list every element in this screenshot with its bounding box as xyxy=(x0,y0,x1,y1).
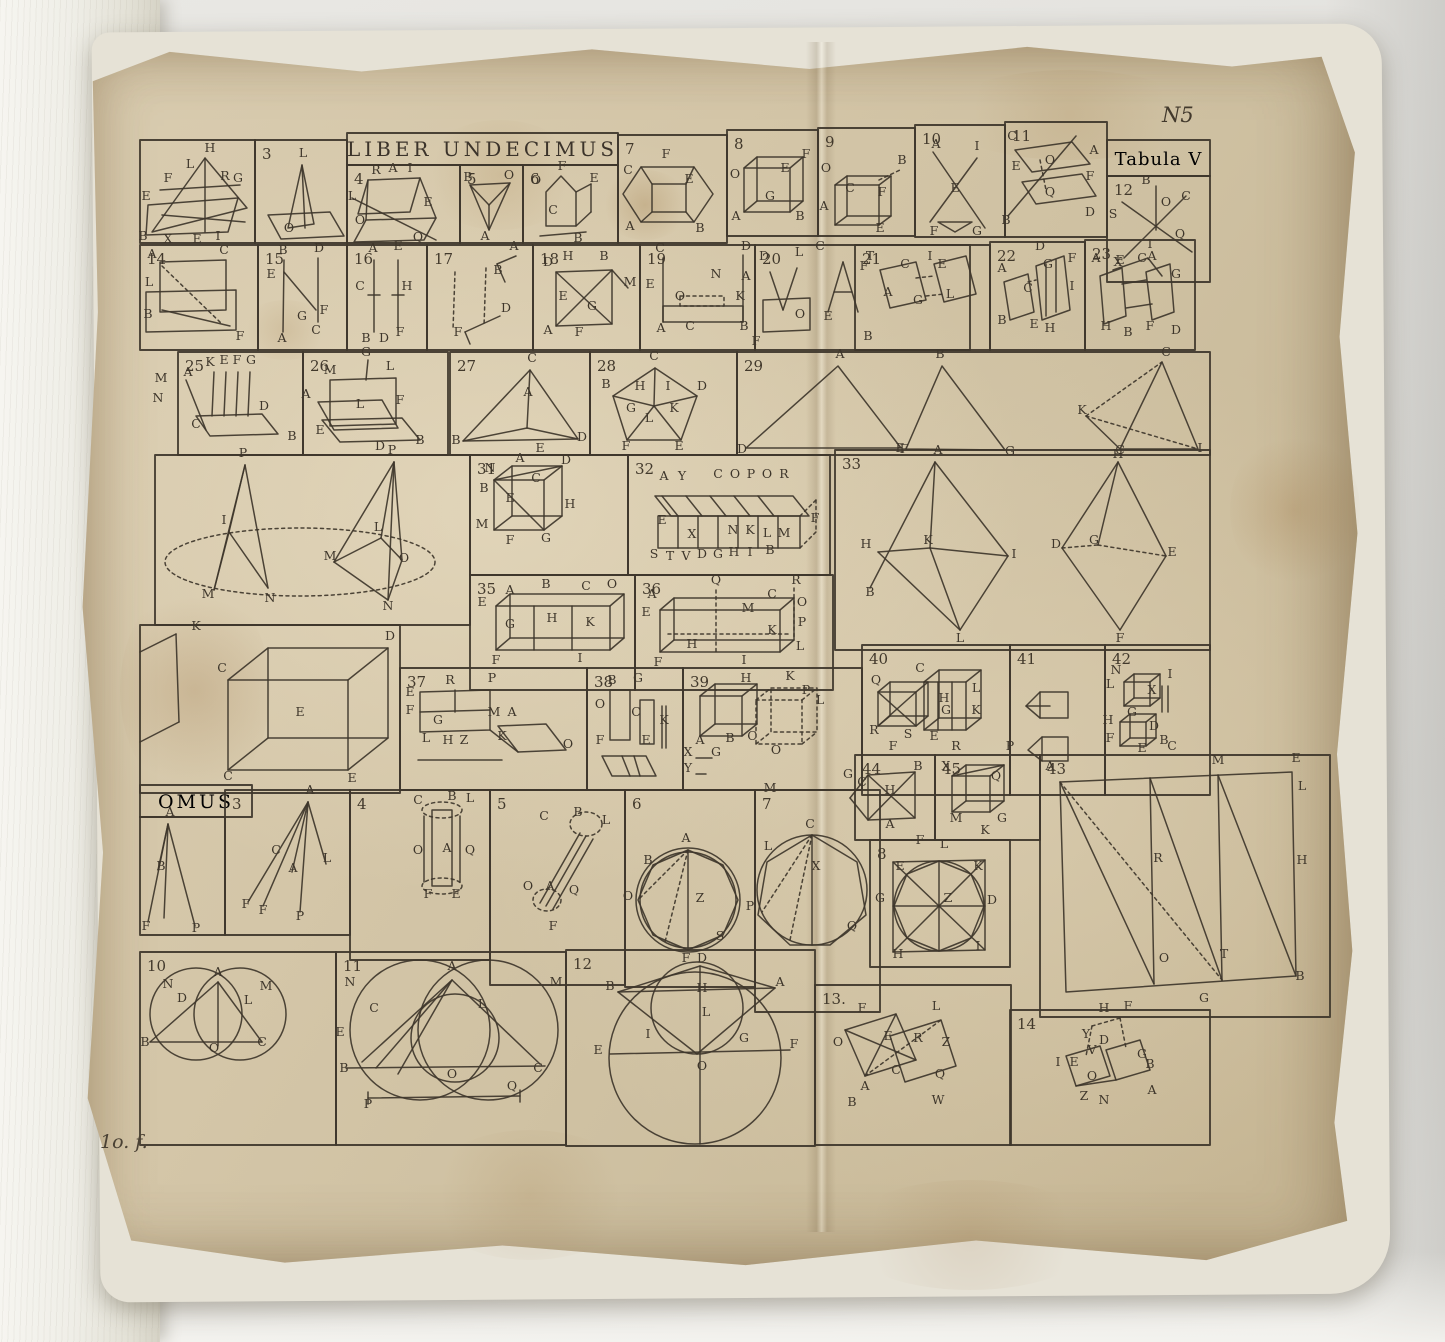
figure-label: A xyxy=(146,246,157,261)
panel-number: 5 xyxy=(497,795,507,813)
figure-label: Y xyxy=(677,468,687,483)
figure-stroke xyxy=(224,372,226,416)
figure-label: K xyxy=(497,728,507,743)
figure-label: E xyxy=(505,490,514,505)
figure-label: D xyxy=(375,438,385,453)
figure-label: E xyxy=(141,188,150,203)
figure-label: G xyxy=(913,292,923,307)
figure-stroke xyxy=(930,548,960,630)
figure-label: F xyxy=(622,438,631,453)
figure-label: O xyxy=(1087,1068,1097,1083)
figure-stroke xyxy=(160,185,240,190)
panel-number: 13. xyxy=(822,990,846,1008)
figure-label: G xyxy=(1171,266,1181,281)
figure-label: D xyxy=(1035,238,1045,253)
figure-label: G xyxy=(541,530,551,545)
figure-label: A xyxy=(1044,758,1055,773)
figure-stroke xyxy=(1060,782,1154,984)
figure-label: L xyxy=(186,156,194,171)
figure-stroke xyxy=(916,276,934,278)
figure-label: M xyxy=(624,274,637,289)
figure-label: E xyxy=(593,1042,602,1057)
figure-label: B xyxy=(573,230,582,245)
figure-label: E xyxy=(1115,252,1124,267)
figure-label: F xyxy=(752,333,761,348)
figure-label: B xyxy=(795,208,804,223)
figure-stroke xyxy=(680,296,724,306)
figure-label: N xyxy=(711,266,722,281)
figure-label: M xyxy=(155,370,168,385)
figure-label: Q xyxy=(1045,184,1055,199)
figure-label: L xyxy=(702,1004,710,1019)
figure-label: I xyxy=(748,544,753,559)
figure-label: F xyxy=(558,158,567,173)
figure-label: Q xyxy=(507,1078,517,1093)
figure-label: N xyxy=(728,522,739,537)
panel-border xyxy=(815,985,1011,1145)
figure-label: D xyxy=(385,628,395,643)
figure-stroke xyxy=(770,272,783,310)
figure-label: Z xyxy=(942,1034,951,1049)
figure-label: G xyxy=(587,298,597,313)
figure-label: E xyxy=(950,180,959,195)
figure-label: S xyxy=(716,928,725,943)
figure-label: K xyxy=(923,532,933,547)
figure-label: E xyxy=(347,770,356,785)
figure-stroke xyxy=(334,562,388,600)
figure-label: C xyxy=(815,238,825,253)
figure-stroke xyxy=(229,465,245,532)
figure-label: D xyxy=(987,892,997,907)
panel-number: 7 xyxy=(625,140,635,158)
figure-stroke xyxy=(1026,692,1068,718)
figure-stroke xyxy=(162,266,222,324)
figure-label: X xyxy=(1148,682,1157,697)
figure-label: B xyxy=(156,858,165,873)
figure-label: E xyxy=(335,1024,344,1039)
figure-label: O xyxy=(771,742,781,757)
figure-label: E xyxy=(875,220,884,235)
figure-box-front xyxy=(756,700,802,744)
figure-box-edge xyxy=(756,732,771,744)
panel-number: 8 xyxy=(734,135,744,153)
figure-label: L xyxy=(422,730,430,745)
figure-stroke xyxy=(610,690,630,740)
figure-label: K xyxy=(735,288,745,303)
figure-label: S xyxy=(904,726,913,741)
figure-label: N xyxy=(163,976,174,991)
figure-label: D xyxy=(697,950,707,965)
figure-stroke xyxy=(546,176,576,226)
panel-number: 10 xyxy=(147,957,166,975)
figure-label: L xyxy=(972,680,980,695)
figure-label: N xyxy=(153,390,164,405)
figure-stroke xyxy=(1036,256,1070,320)
figure-label: H xyxy=(443,732,454,747)
figure-label: X xyxy=(812,858,821,873)
figure-label: C xyxy=(1115,442,1125,457)
figure-label: C xyxy=(223,768,233,783)
figure-label: E xyxy=(423,194,432,209)
figure-label: E xyxy=(315,422,324,437)
figure-label: H xyxy=(1045,320,1056,335)
figure-label: C xyxy=(1137,250,1147,265)
figure-label: C xyxy=(747,728,757,743)
figure-label: K xyxy=(785,668,795,683)
figure-label: H xyxy=(1099,1000,1110,1015)
figure-label: A xyxy=(367,240,378,255)
panel-number: 6 xyxy=(632,795,642,813)
panel-number: 39 xyxy=(690,673,709,691)
figure-label: B xyxy=(765,542,774,557)
figure-label: L xyxy=(323,850,331,865)
figure-label: E xyxy=(295,704,304,719)
figure-label: A xyxy=(504,582,515,597)
figure-label: A xyxy=(441,840,452,855)
figure-label: I xyxy=(216,228,221,243)
figure-label: M xyxy=(778,525,791,540)
figure-label: L xyxy=(956,630,964,645)
figure-label: L xyxy=(145,274,153,289)
figure-box-edge xyxy=(496,638,510,650)
figure-label: P xyxy=(746,898,754,913)
figure-label: G xyxy=(361,344,371,359)
figure-label: F xyxy=(142,918,151,933)
panel-border xyxy=(635,575,833,690)
figure-label: N xyxy=(383,598,394,613)
figure-label: D xyxy=(561,452,571,467)
figure-stroke xyxy=(663,306,743,322)
figure-label: F xyxy=(320,302,329,317)
figure-label: B xyxy=(415,432,424,447)
figure-stroke xyxy=(758,496,774,516)
figure-label: A xyxy=(680,830,691,845)
figure-stroke xyxy=(218,982,262,1042)
figure-stroke xyxy=(1098,462,1118,545)
figure-stroke xyxy=(162,310,230,326)
figure-label: F xyxy=(1068,250,1077,265)
figure-label: H xyxy=(741,670,752,685)
figure-box-edge xyxy=(610,638,624,650)
figure-label: O xyxy=(762,466,772,481)
figure-label: X xyxy=(688,526,697,541)
figure-label: B xyxy=(847,1094,856,1109)
figure-label: H xyxy=(1297,852,1308,867)
figure-label: C xyxy=(217,660,227,675)
figure-stroke xyxy=(160,260,226,312)
figure-stroke xyxy=(935,462,1008,556)
figure-stroke xyxy=(1100,268,1126,324)
figure-label: M xyxy=(324,362,337,377)
figure-label: O xyxy=(833,1034,843,1049)
figure-label: E xyxy=(589,170,598,185)
figure-label: D xyxy=(1171,322,1181,337)
figure-label: E xyxy=(937,256,946,271)
figure-label: M xyxy=(742,600,755,615)
figure-stroke xyxy=(879,170,900,180)
figure-label: H xyxy=(547,610,558,625)
figure-label: F xyxy=(1116,630,1125,645)
figure-label: F xyxy=(242,896,251,911)
figure-label: E xyxy=(1029,316,1038,331)
figure-label: A xyxy=(834,346,845,361)
figure-stroke xyxy=(465,316,500,332)
figure-label: C xyxy=(685,318,695,333)
figure-label: O xyxy=(523,878,533,893)
figure-label: Q xyxy=(413,229,423,244)
figure-label: B xyxy=(541,576,550,591)
figure-label: E xyxy=(823,308,832,323)
figure-label: L xyxy=(796,638,804,653)
figure-label: B xyxy=(1141,172,1150,187)
figure-stroke xyxy=(465,332,470,344)
figure-label: Q xyxy=(991,768,1001,783)
figure-label: L xyxy=(348,188,356,203)
figure-label: A xyxy=(212,964,223,979)
figure-box-edge xyxy=(348,648,388,680)
photo-of-antique-book: HLFRGEBXEI3LOLIBER UNDECIMUS4RAILOEQ5BOA… xyxy=(0,0,1445,1342)
figure-label: I xyxy=(408,160,413,175)
figure-stroke xyxy=(140,722,179,742)
figure-box-front xyxy=(660,610,780,652)
figure-label: B xyxy=(140,1034,149,1049)
figure-label: H xyxy=(729,544,740,559)
figure-label: N xyxy=(1099,1092,1110,1107)
panel-border xyxy=(140,140,255,243)
figure-label: C xyxy=(915,660,925,675)
figure-label: D xyxy=(697,546,707,561)
figure-label: P xyxy=(488,670,496,685)
figure-label: D xyxy=(379,330,389,345)
figure-label: E xyxy=(1069,1054,1078,1069)
figure-label: A xyxy=(164,804,175,819)
figure-label: Q xyxy=(569,882,579,897)
figure-label: K xyxy=(659,712,669,727)
figure-stroke xyxy=(489,183,510,205)
figure-label: O xyxy=(531,172,541,187)
panel-number: 12 xyxy=(573,955,592,973)
figure-label: A xyxy=(446,958,457,973)
figure-label: L xyxy=(478,996,486,1011)
figure-label: F xyxy=(1086,168,1095,183)
figure-label: G xyxy=(626,400,636,415)
figure-label: E xyxy=(266,266,275,281)
figure-label: F xyxy=(790,1036,799,1051)
figure-label: L xyxy=(932,998,940,1013)
figure-label: F xyxy=(259,902,268,917)
figure-label: F xyxy=(878,184,887,199)
figure-stroke xyxy=(828,262,843,312)
figure-stroke xyxy=(654,368,655,406)
figure-label: E xyxy=(641,604,650,619)
figure-label: W xyxy=(932,1092,945,1107)
figure-label: C xyxy=(257,1034,267,1049)
figure-label: A xyxy=(730,208,741,223)
figure-label: M xyxy=(488,704,501,719)
figure-label: L xyxy=(645,410,653,425)
figure-label: C xyxy=(655,240,665,255)
figure-stroke xyxy=(623,167,713,222)
figure-stroke xyxy=(1218,775,1296,976)
figure-label: L xyxy=(244,992,252,1007)
figure-label: E xyxy=(535,440,544,455)
figure-box-edge xyxy=(916,682,928,692)
figure-stroke xyxy=(878,552,960,630)
figure-label: M xyxy=(764,780,777,795)
figure-label: B xyxy=(739,318,748,333)
figure-label: B xyxy=(451,432,460,447)
figure-box-edge xyxy=(924,670,939,682)
panel-border xyxy=(835,450,1210,650)
figure-label: D xyxy=(501,300,511,315)
figure-box-edge xyxy=(835,216,847,225)
figure-stroke xyxy=(366,360,368,380)
figure-label: H xyxy=(687,636,698,651)
figure-box-edge xyxy=(802,732,817,744)
figure-label: I xyxy=(1168,666,1173,681)
figure-box-front xyxy=(835,185,879,225)
figure-box-edge xyxy=(780,598,794,610)
figure-label: E xyxy=(219,352,228,367)
figure-label: G xyxy=(713,546,723,561)
figure-stroke xyxy=(470,185,489,205)
figure-label: F xyxy=(236,328,245,343)
figure-label: H xyxy=(885,782,896,797)
figure-label: G xyxy=(433,712,443,727)
figure-stroke xyxy=(665,850,688,942)
figure-label: G xyxy=(246,352,256,367)
figure-stroke xyxy=(652,184,686,212)
figure-label: L xyxy=(795,244,803,259)
figure-label: E xyxy=(192,231,201,246)
figure-stroke xyxy=(212,372,214,416)
figure-label: A xyxy=(287,860,298,875)
figure-label: F xyxy=(916,832,925,847)
figure-label: K xyxy=(971,702,981,717)
figure-label: H xyxy=(697,980,708,995)
figure-label: A xyxy=(859,1078,870,1093)
figure-stroke xyxy=(576,212,591,226)
figure-label: P xyxy=(802,682,810,697)
figure-label: F xyxy=(596,732,605,747)
figure-label: P xyxy=(798,614,806,629)
figure-label: A xyxy=(774,974,785,989)
figure-label: K xyxy=(205,354,215,369)
figure-label: G xyxy=(711,744,721,759)
figure-label: C xyxy=(623,162,633,177)
figure-label: F xyxy=(549,918,558,933)
figure-stroke xyxy=(494,480,544,530)
figure-label: G xyxy=(875,890,885,905)
figure-label: L xyxy=(602,812,610,827)
figure-label: F xyxy=(900,441,909,456)
figure-label: O xyxy=(730,166,740,181)
figure-label: I xyxy=(928,248,933,263)
figure-label: G xyxy=(739,1030,749,1045)
figure-label: C xyxy=(891,1062,901,1077)
figure-label: B xyxy=(573,804,582,819)
figure-label: G xyxy=(997,810,1007,825)
figure-label: C xyxy=(857,774,867,789)
figure-label: C xyxy=(1181,188,1191,203)
figure-label: V xyxy=(1086,1042,1097,1057)
panel-number: 32 xyxy=(635,460,654,478)
figure-label: G xyxy=(843,766,853,781)
figure-label: C xyxy=(1023,280,1033,295)
figure-label: B xyxy=(493,262,502,277)
figure-stroke xyxy=(546,836,586,906)
figure-label: A xyxy=(544,878,555,893)
figure-label: O xyxy=(795,306,805,321)
figure-box-edge xyxy=(1150,674,1160,682)
figure-stroke xyxy=(283,260,284,332)
figure-label: H xyxy=(861,536,872,551)
figure-stroke xyxy=(1118,462,1166,556)
figure-label: G xyxy=(1127,704,1137,719)
figure-label: B xyxy=(1001,212,1010,227)
figure-label: O xyxy=(284,220,294,235)
figure-label: D xyxy=(577,429,587,444)
figure-label: B xyxy=(865,584,874,599)
figure-stroke xyxy=(906,366,1005,450)
figure-label: C xyxy=(1167,738,1177,753)
figure-label: L xyxy=(764,838,772,853)
figure-box-edge xyxy=(780,640,794,652)
figure-stroke xyxy=(618,992,697,1054)
figure-box-edge xyxy=(966,718,981,730)
figure-label: A xyxy=(1088,142,1099,157)
figure-label: O xyxy=(697,1058,707,1073)
figure-label: A xyxy=(387,160,398,175)
figure-label: D xyxy=(741,238,751,253)
figure-label: P xyxy=(747,466,755,481)
panel-border xyxy=(755,790,880,1012)
figure-stroke xyxy=(783,268,797,310)
figure-label: O xyxy=(563,736,573,751)
figure-label: D xyxy=(259,398,269,413)
figure-label: P xyxy=(192,920,200,935)
figure-label: Q xyxy=(465,842,475,857)
figure-label: R xyxy=(869,722,879,737)
panel-number: 14 xyxy=(1017,1015,1036,1033)
figure-label: K xyxy=(191,618,201,633)
figure-label: N xyxy=(265,590,276,605)
figure-stroke xyxy=(484,268,486,326)
floating-text: 1o. f. xyxy=(100,1131,148,1153)
figure-box-edge xyxy=(916,716,928,726)
figure-label: I xyxy=(578,650,583,665)
figure-label: A xyxy=(930,136,941,151)
figure-box-edge xyxy=(744,201,757,212)
figure-label: F xyxy=(233,352,242,367)
figure-label: E xyxy=(645,276,654,291)
figure-label: A xyxy=(694,732,705,747)
figure-label: G xyxy=(1089,532,1099,547)
figure-label: B xyxy=(287,428,296,443)
figure-stroke xyxy=(634,756,640,776)
figure-label: F xyxy=(406,702,415,717)
figure-label: A xyxy=(508,238,519,253)
figure-label: G xyxy=(1043,256,1053,271)
figure-label: P xyxy=(296,908,304,923)
figure-label: B xyxy=(138,228,147,243)
figure-label: K xyxy=(585,614,595,629)
figure-label: F xyxy=(858,1000,867,1015)
figure-label: A xyxy=(1090,250,1101,265)
figure-label: B xyxy=(601,376,610,391)
figure-stroke xyxy=(453,272,455,330)
figure-label: N xyxy=(345,974,356,989)
